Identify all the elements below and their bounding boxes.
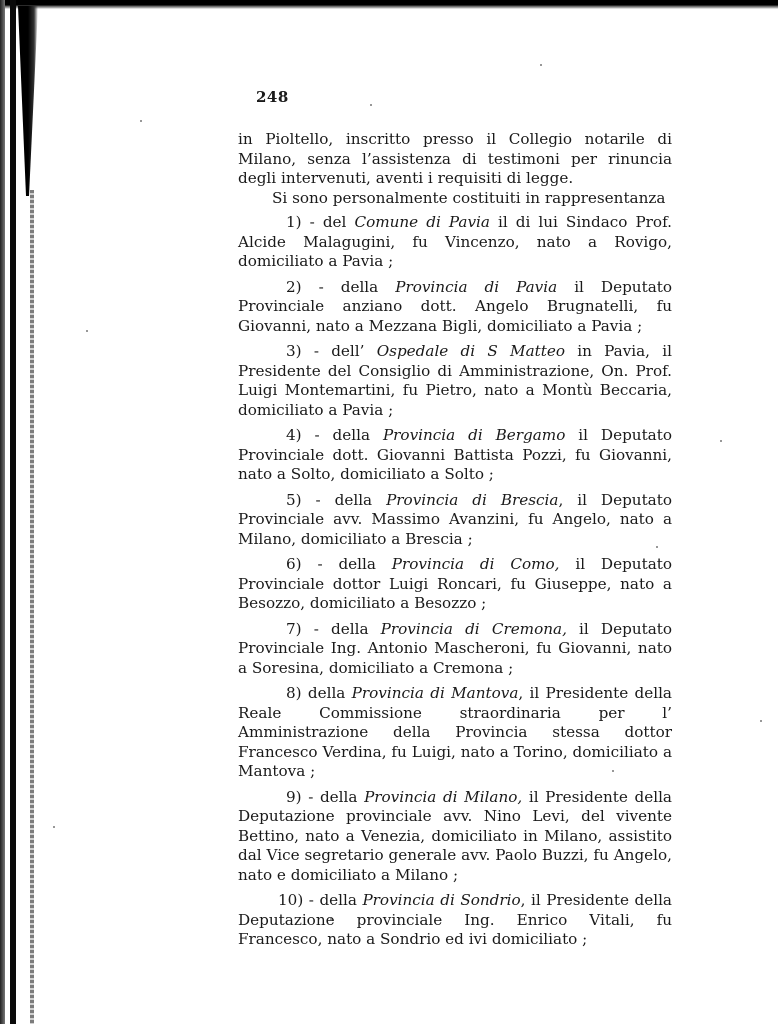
scan-speck <box>760 720 762 722</box>
list-item: 3) - dell’ Ospedale di S Matteo in Pavia… <box>238 342 672 420</box>
scan-speck <box>370 104 372 106</box>
list-item: 10) - della Provincia di Sondrio, il Pre… <box>238 891 672 950</box>
list-item: 4) - della Provincia di Bergamo il Deput… <box>238 426 672 485</box>
entity-name: Provincia di Milano, <box>364 788 522 806</box>
page-number: 248 <box>256 88 289 106</box>
opening-paragraph: in Pioltello, inscritto presso il Colleg… <box>238 130 672 189</box>
document-body: in Pioltello, inscritto presso il Colleg… <box>238 130 672 956</box>
entity-name: Ospedale di S Matteo <box>377 342 565 360</box>
list-item: 6) - della Provincia di Como, il Deputat… <box>238 555 672 614</box>
item-number: 4) - della <box>286 426 383 444</box>
entity-name: Provincia di Bergamo <box>383 426 565 444</box>
spine-fold <box>18 6 38 196</box>
scan-speck <box>540 64 542 66</box>
intro-paragraph: Si sono personalmente costituiti in rapp… <box>238 189 672 209</box>
spine-binding <box>10 0 16 1024</box>
list-item: 9) - della Provincia di Milano, il Presi… <box>238 788 672 886</box>
entity-name: Provincia di Brescia <box>386 491 558 509</box>
entity-name: Comune di Pavia <box>354 213 489 231</box>
list-item: 1) - del Comune di Pavia il di lui Sinda… <box>238 213 672 272</box>
item-number: 9) - della <box>286 788 364 806</box>
scan-top-border <box>0 0 778 9</box>
item-number: 6) - della <box>286 555 392 573</box>
book-spine-edge <box>0 0 40 1024</box>
scan-speck <box>612 770 614 772</box>
scan-speck <box>140 120 142 122</box>
scan-speck <box>86 330 88 332</box>
scan-speck <box>656 546 658 548</box>
item-number: 8) della <box>286 684 352 702</box>
item-number: 2) - della <box>286 278 395 296</box>
entity-name: Provincia di Sondrio <box>362 891 520 909</box>
spine-shadow <box>0 0 5 1024</box>
scan-speck <box>720 440 722 442</box>
item-number: 5) - della <box>286 491 386 509</box>
scan-speck <box>330 918 332 920</box>
list-item: 8) della Provincia di Mantova, il Presid… <box>238 684 672 782</box>
entity-name: Provincia di Mantova <box>352 684 519 702</box>
spine-gutter <box>30 190 34 1024</box>
item-number: 7) - della <box>286 620 381 638</box>
item-number: 3) - dell’ <box>286 342 377 360</box>
list-item: 5) - della Provincia di Brescia, il Depu… <box>238 491 672 550</box>
list-item: 7) - della Provincia di Cremona, il Depu… <box>238 620 672 679</box>
item-number: 1) - del <box>286 213 354 231</box>
entity-name: Provincia di Como, <box>392 555 560 573</box>
item-number: 10) - della <box>278 891 362 909</box>
scan-speck <box>53 826 55 828</box>
list-item: 2) - della Provincia di Pavia il Deputat… <box>238 278 672 337</box>
entity-name: Provincia di Pavia <box>395 278 557 296</box>
entity-name: Provincia di Cremona, <box>381 620 567 638</box>
